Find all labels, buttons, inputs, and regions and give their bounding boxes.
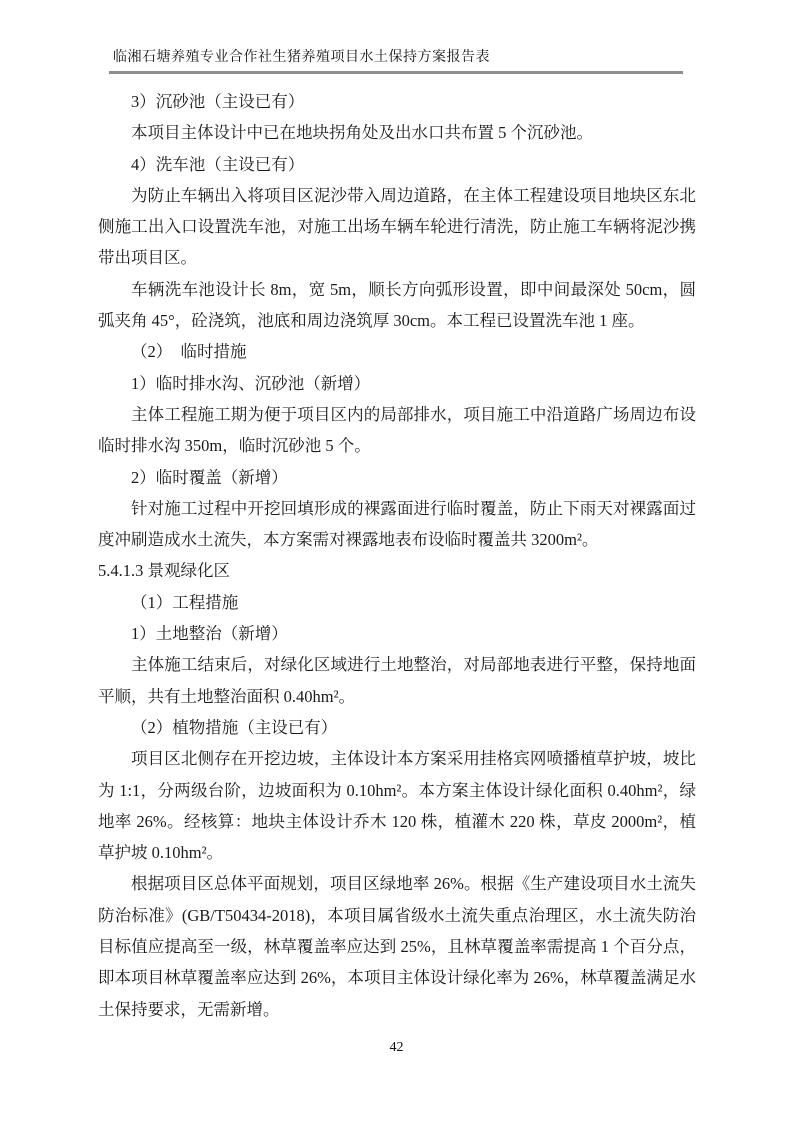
paragraph: 1）临时排水沟、沉砂池（新增） bbox=[98, 368, 696, 399]
page-number: 42 bbox=[390, 1040, 404, 1055]
document-page: 临湘石塘养殖专业合作社生猪养殖项目水土保持方案报告表 3）沉砂池（主设已有）本项… bbox=[0, 0, 793, 1122]
section-heading: 5.4.1.3 景观绿化区 bbox=[98, 555, 696, 586]
page-footer: 42 bbox=[0, 1038, 793, 1056]
paragraph: 针对施工过程中开挖回填形成的裸露面进行临时覆盖，防止下雨天对裸露面过度冲刷造成水… bbox=[98, 493, 696, 556]
paragraph: （2） 临时措施 bbox=[98, 336, 696, 367]
paragraph: 2）临时覆盖（新增） bbox=[98, 462, 696, 493]
paragraph: 为防止车辆出入将项目区泥沙带入周边道路，在主体工程建设项目地块区东北侧施工出入口… bbox=[98, 180, 696, 274]
document-content: 3）沉砂池（主设已有）本项目主体设计中已在地块拐角处及出水口共布置 5 个沉砂池… bbox=[98, 86, 696, 1025]
paragraph: （1）工程措施 bbox=[98, 587, 696, 618]
paragraph: （2）植物措施（主设已有） bbox=[98, 712, 696, 743]
paragraph: 1）土地整治（新增） bbox=[98, 618, 696, 649]
paragraph: 本项目主体设计中已在地块拐角处及出水口共布置 5 个沉砂池。 bbox=[98, 117, 696, 148]
paragraph: 主体施工结束后，对绿化区域进行土地整治，对局部地表进行平整，保持地面平顺，共有土… bbox=[98, 649, 696, 712]
paragraph: 根据项目区总体平面规划，项目区绿地率 26%。根据《生产建设项目水土流失防治标准… bbox=[98, 868, 696, 1024]
paragraph: 车辆洗车池设计长 8m，宽 5m，顺长方向弧形设置，即中间最深处 50cm，圆弧… bbox=[98, 274, 696, 337]
paragraph: 主体工程施工期为便于项目区内的局部排水，项目施工中沿道路广场周边布设临时排水沟 … bbox=[98, 399, 696, 462]
header-title: 临湘石塘养殖专业合作社生猪养殖项目水土保持方案报告表 bbox=[109, 46, 683, 66]
page-header: 临湘石塘养殖专业合作社生猪养殖项目水土保持方案报告表 bbox=[109, 46, 683, 74]
paragraph: 4）洗车池（主设已有） bbox=[98, 149, 696, 180]
paragraph: 项目区北侧存在开挖边坡，主体设计本方案采用挂格宾网喷播植草护坡，坡比为 1:1，… bbox=[98, 743, 696, 868]
paragraph: 3）沉砂池（主设已有） bbox=[98, 86, 696, 117]
